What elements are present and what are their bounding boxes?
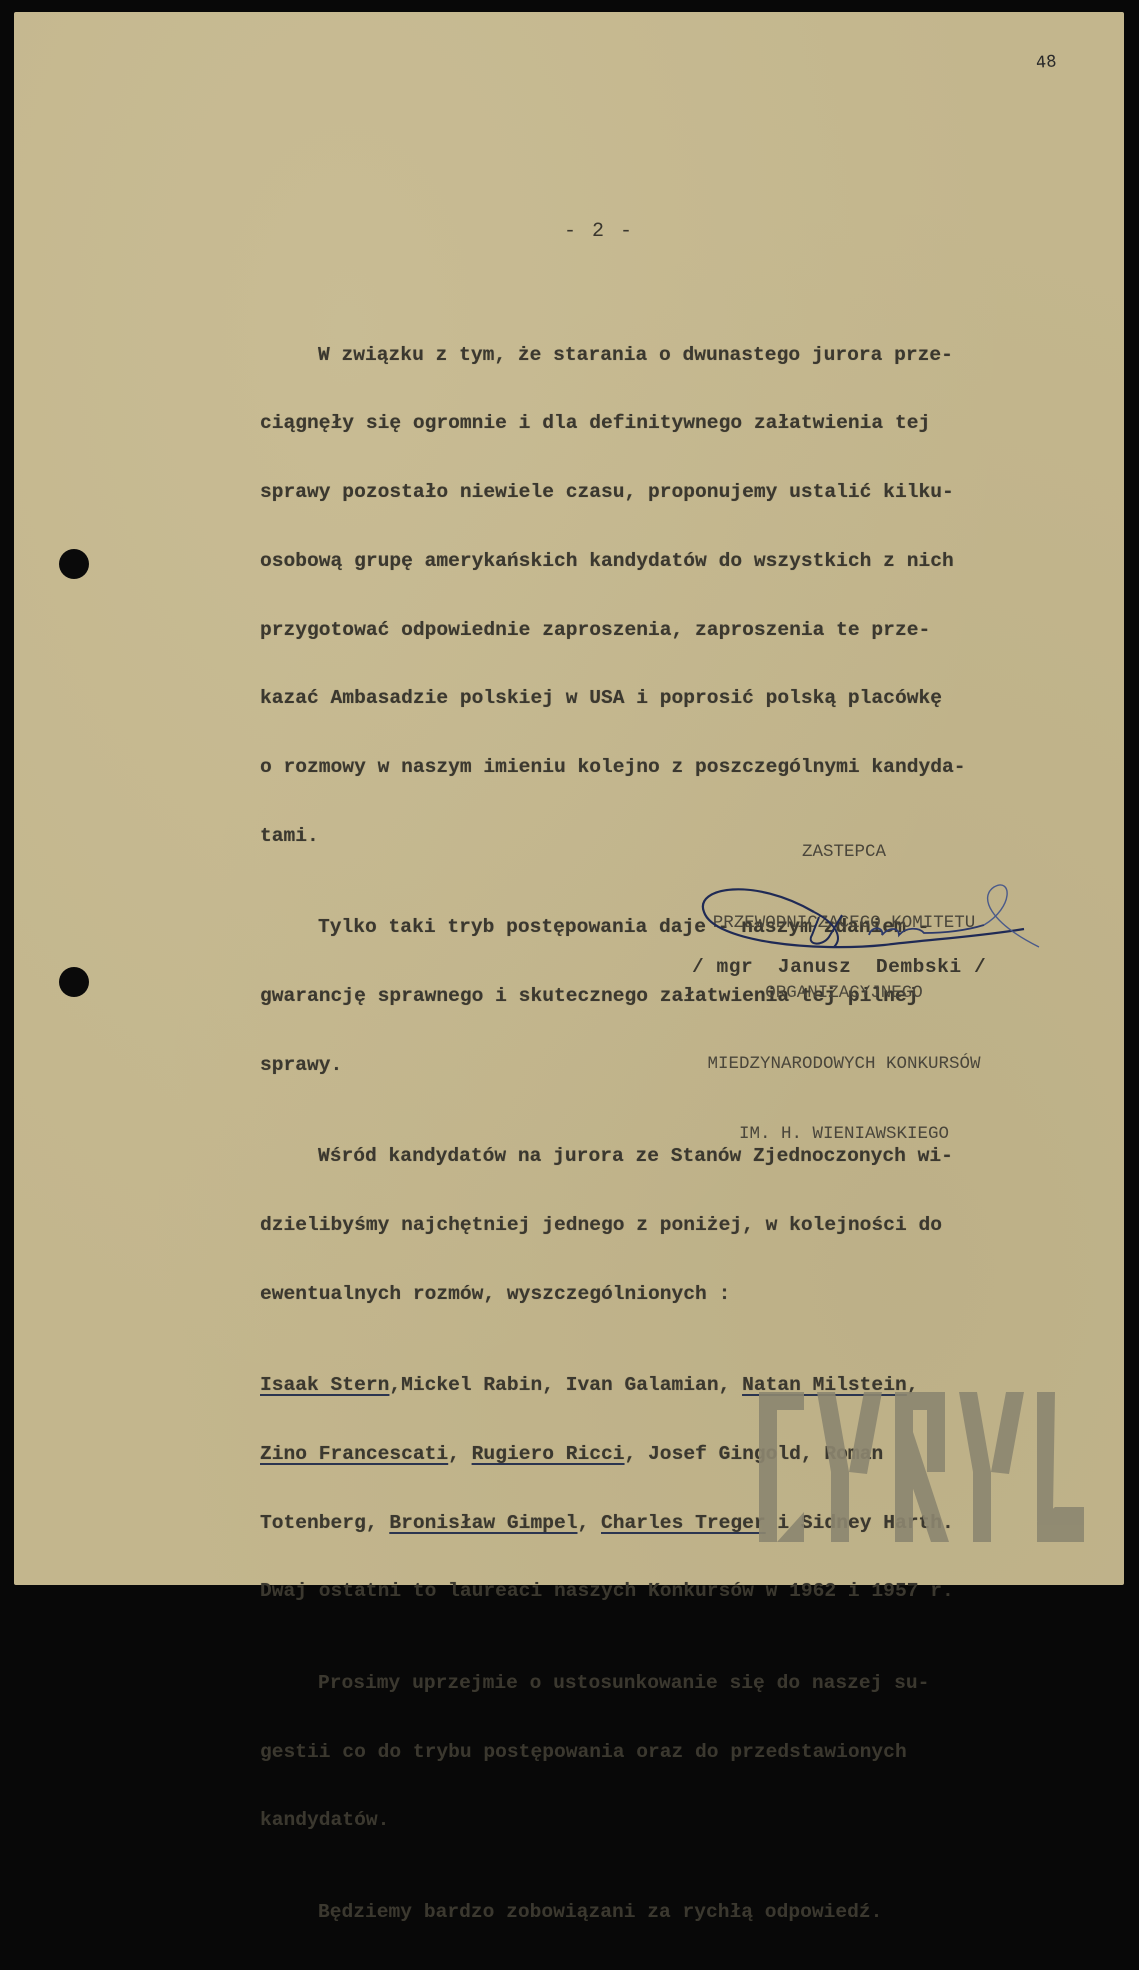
handwritten-signature (694, 867, 1044, 957)
text-line: przygotować odpowiednie zaproszenia, zap… (260, 619, 1090, 642)
candidate-text: , (448, 1443, 472, 1465)
signature-title-line: IM. H. WIENIAWSKIEGO (654, 1123, 1034, 1147)
text-line: W związku z tym, że starania o dwunasteg… (260, 344, 1090, 367)
candidate-text: , (577, 1512, 601, 1534)
text-line: dzielibyśmy najchętniej jednego z poniże… (260, 1214, 1090, 1237)
folio-number: 48 (1035, 51, 1057, 71)
text-line: o rozmowy w naszym imieniu kolejno z pos… (260, 756, 1090, 779)
signatory-name: / mgr Janusz Dembski / (692, 956, 986, 978)
punch-hole-bottom (59, 967, 89, 997)
page-number: - 2 - (14, 220, 1124, 243)
punch-hole-top (59, 549, 89, 579)
signature-title-line: MIEDZYNARODOWYCH KONKURSÓW (654, 1053, 1034, 1077)
candidate-text: Totenberg, (260, 1512, 389, 1534)
candidate-name-underlined: Rugiero Ricci (472, 1443, 625, 1465)
candidate-name-underlined: Isaak Stern (260, 1374, 389, 1396)
cyryl-watermark-logo (759, 1392, 1099, 1542)
laureates-line: Dwaj ostatni to laureaci naszych Konkurs… (260, 1580, 1090, 1600)
text-line: osobową grupę amerykańskich kandydatów d… (260, 550, 1090, 573)
document-page: 48 - 2 - W związku z tym, że starania o … (14, 12, 1124, 1585)
signature-title-block: ZASTEPCA PRZEWODNICZACEGO KOMITETU ORGAN… (654, 794, 1034, 1194)
signature-title-line: ORGANIZACYJNEGO (654, 982, 1034, 1006)
text-line: sprawy pozostało niewiele czasu, proponu… (260, 481, 1090, 504)
candidate-name-underlined: Bronisław Gimpel (389, 1512, 577, 1534)
candidate-name-underlined: Zino Francescati (260, 1443, 448, 1465)
candidate-text: ,Mickel Rabin, Ivan Galamian, (389, 1374, 742, 1396)
text-line: ciągnęły się ogromnie i dla definitywneg… (260, 412, 1090, 435)
text-line: kazać Ambasadzie polskiej w USA i popros… (260, 687, 1090, 710)
text-line: ewentualnych rozmów, wyszczególnionych : (260, 1283, 1090, 1306)
candidate-name-underlined: Charles Treger (601, 1512, 766, 1534)
signature-title-line: ZASTEPCA (654, 841, 1034, 865)
